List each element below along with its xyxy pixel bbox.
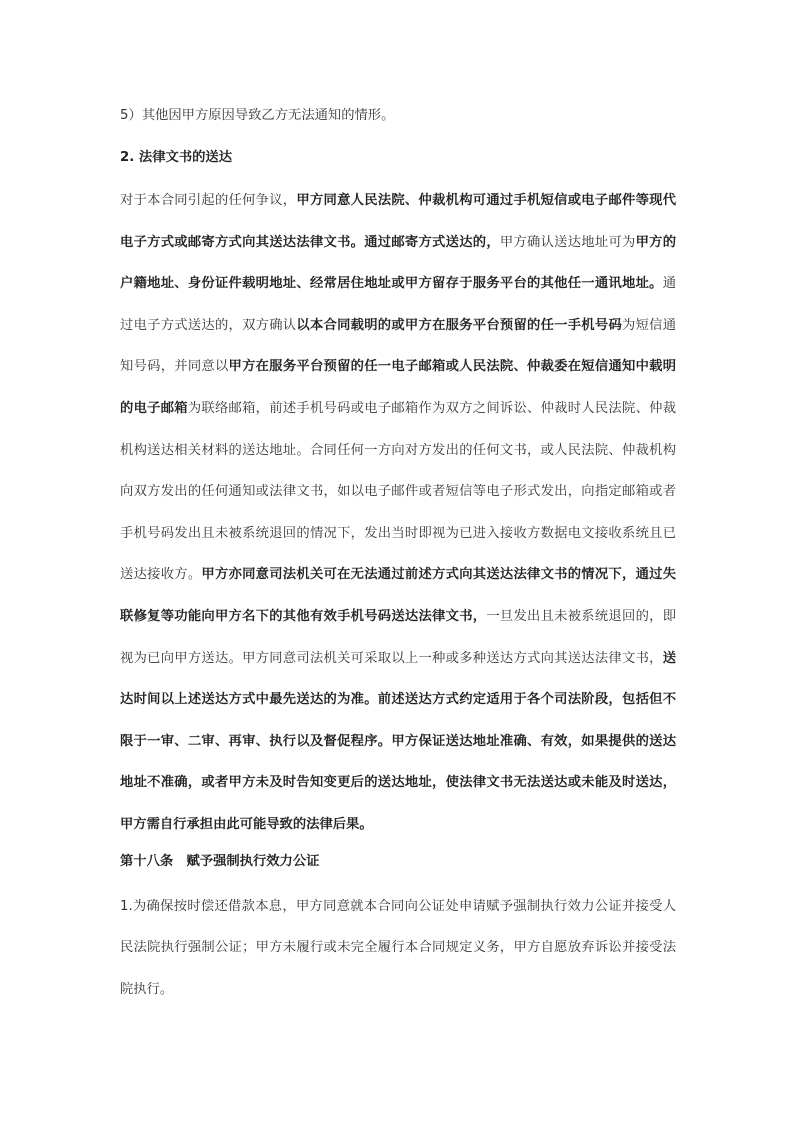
text-run-bold: 送达时间以上述送达方式中最先送达的为准。前述送达方式约定适用于各个司法阶段，包括… [120, 651, 676, 832]
article-18-heading: 第十八条 赋予强制执行效力公证 [120, 852, 676, 872]
text-run: 为联络邮箱，前述手机号码或电子邮箱作为双方之间诉讼、仲裁时人民法院、仲裁机构送达… [120, 401, 676, 582]
section-heading-service-of-legal-documents: 2. 法律文书的送达 [120, 148, 676, 168]
document-page: 5）其他因甲方原因导致乙方无法通知的情形。 2. 法律文书的送达 对于本合同引起… [120, 106, 676, 1010]
list-item-5: 5）其他因甲方原因导致乙方无法通知的情形。 [120, 106, 676, 126]
text-run-bold: 以本合同载明的或甲方在服务平台预留的任一手机号码 [296, 318, 622, 333]
text-run: 对于本合同引起的任何争议， [120, 193, 296, 208]
service-of-documents-paragraph: 对于本合同引起的任何争议，甲方同意人民法院、仲裁机构可通过手机短信或电子邮件等现… [120, 180, 676, 846]
text-run: 1.为确保按时偿还借款本息，甲方同意就本合同向公证处申请赋予强制执行效力公证并接… [120, 899, 676, 997]
notarization-paragraph: 1.为确保按时偿还借款本息，甲方同意就本合同向公证处申请赋予强制执行效力公证并接… [120, 886, 676, 1011]
text-run: 甲方确认送达地址可为 [500, 235, 636, 250]
